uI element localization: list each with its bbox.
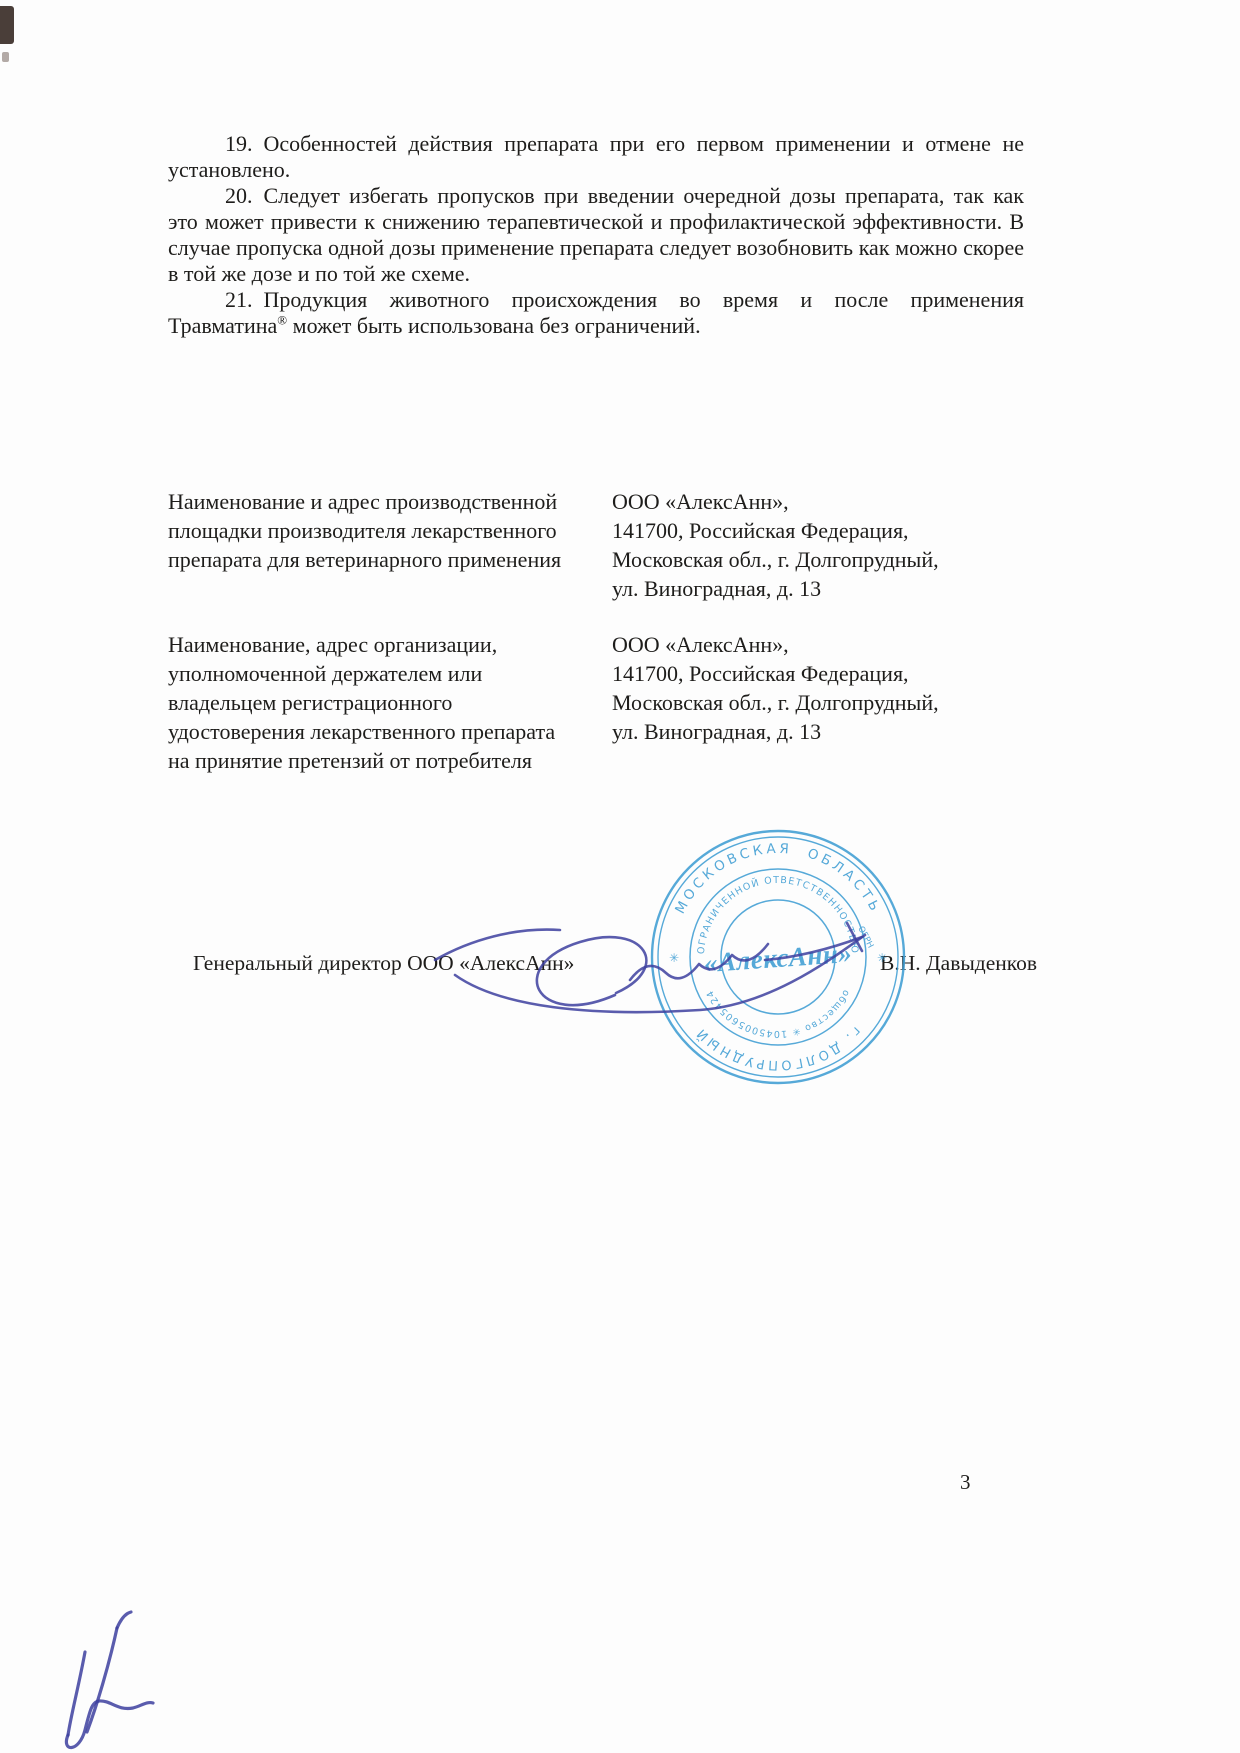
label-line: Наименование, адрес организации,	[168, 630, 612, 659]
paragraph-text: Особенностей действия препарата при его …	[168, 131, 1024, 182]
label-line: Наименование и адрес производственной	[168, 487, 612, 516]
paragraph-20: 20.Следует избегать пропусков при введен…	[168, 183, 1024, 287]
claims-organization-address: ООО «АлексАнн», 141700, Российская Федер…	[612, 630, 939, 746]
paragraph-text: Следует избегать пропусков при введении …	[168, 183, 1024, 286]
document-page: 19.Особенностей действия препарата при е…	[0, 0, 1240, 1753]
address-line: Московская обл., г. Долгопрудный,	[612, 545, 939, 574]
address-line: 141700, Российская Федерация,	[612, 516, 939, 545]
paragraph-number: 20.	[225, 183, 253, 208]
registration-info-section: Наименование и адрес производственной пл…	[168, 487, 1048, 775]
paragraph-text: может быть использована без ограничений.	[287, 313, 700, 338]
signature-stroke	[455, 935, 865, 1012]
signature-stroke	[630, 944, 768, 980]
signature-stroke	[435, 930, 560, 960]
scan-artifact-mark	[0, 6, 14, 44]
paragraph-number: 21.	[225, 287, 253, 312]
label-line: уполномоченной держателем или	[168, 659, 612, 688]
address-line: 141700, Российская Федерация,	[612, 659, 939, 688]
paragraph-21: 21.Продукция животного происхождения во …	[168, 287, 1024, 339]
director-signature	[410, 865, 890, 1040]
label-line: удостоверения лекарственного препарата	[168, 717, 612, 746]
signature-stroke	[68, 1652, 85, 1735]
registered-trademark-symbol: ®	[277, 313, 287, 328]
label-line: владельцем регистрационного	[168, 688, 612, 717]
label-line: площадки производителя лекарственного	[168, 516, 612, 545]
paragraph-number: 19.	[225, 131, 253, 156]
paragraph-19: 19.Особенностей действия препарата при е…	[168, 131, 1024, 183]
signature-stroke	[117, 1612, 131, 1628]
signature-stroke	[66, 1701, 153, 1748]
manufacturer-row: Наименование и адрес производственной пл…	[168, 487, 1048, 603]
claims-organization-label: Наименование, адрес организации, уполном…	[168, 630, 612, 775]
address-line: ООО «АлексАнн»,	[612, 630, 939, 659]
manufacturer-label: Наименование и адрес производственной пл…	[168, 487, 612, 574]
signature-stroke	[87, 1628, 117, 1732]
address-line: ул. Виноградная, д. 13	[612, 717, 939, 746]
corner-initials-signature	[35, 1590, 185, 1750]
label-line: препарата для ветеринарного применения	[168, 545, 612, 574]
claims-organization-row: Наименование, адрес организации, уполном…	[168, 630, 1048, 775]
address-line: ООО «АлексАнн»,	[612, 487, 939, 516]
page-number: 3	[960, 1470, 971, 1495]
address-line: Московская обл., г. Долгопрудный,	[612, 688, 939, 717]
manufacturer-address: ООО «АлексАнн», 141700, Российская Федер…	[612, 487, 939, 603]
label-line: на принятие претензий от потребителя	[168, 746, 612, 775]
signature-stroke	[537, 937, 646, 1005]
address-line: ул. Виноградная, д. 13	[612, 574, 939, 603]
instruction-paragraphs: 19.Особенностей действия препарата при е…	[168, 131, 1024, 339]
